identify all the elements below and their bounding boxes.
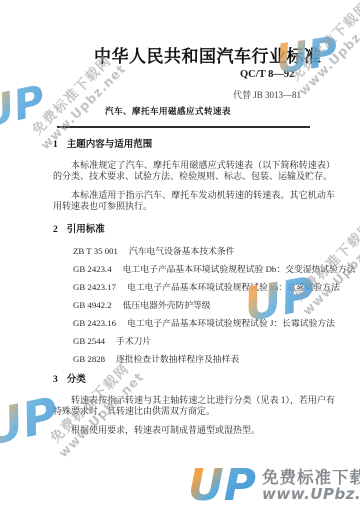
footer-site-url: www.UPbz.net — [262, 487, 360, 503]
reference-code: GB 2423.16 — [73, 318, 116, 328]
section-heading-scope: 1主题内容与适用范围 — [53, 140, 335, 152]
reference-code: GB 2423.17 — [73, 282, 116, 292]
section-heading-label: 主题内容与适用范围 — [67, 140, 153, 150]
reference-code: GB 2828 — [73, 354, 105, 364]
section-heading-label: 引用标准 — [67, 225, 105, 235]
reference-item: GB 2544手术刀片 — [73, 332, 335, 350]
reference-code: GB 2423.4 — [73, 264, 112, 274]
reference-title: 低压电器外壳防护等级 — [123, 300, 211, 310]
document-page: UP 免费标准下载网 www.Upbz.net UP 免费标准下载网 www.U… — [0, 0, 360, 510]
footer-brand: UP 免费标准下载网 www.UPbz.net — [188, 464, 360, 508]
reference-title: 手术刀片 — [116, 336, 151, 346]
section-number: 3 — [53, 375, 58, 385]
document-subtitle: 汽车、摩托车用磁感应式转速表 — [105, 105, 231, 117]
paragraph: 本标准适用于指示汽车、摩托车发动机转速的转速表。其它机动车用转速表也可参照执行。 — [53, 190, 335, 213]
reference-code: ZB T 35 001 — [73, 246, 118, 256]
reference-code: GB 4942.2 — [73, 300, 112, 310]
section-heading-label: 分类 — [67, 375, 86, 385]
footer-brand-text: 免费标准下载网 www.UPbz.net — [262, 469, 360, 502]
reference-code: GB 2544 — [73, 336, 105, 346]
section-number: 2 — [53, 225, 58, 235]
reference-item: ZB T 35 001汽车电气设备基本技术条件 — [73, 242, 335, 260]
paragraph: 本标准规定了汽车、摩托车用磁感应式转速表（以下简称转速表）的分类、技术要求、试验… — [53, 160, 335, 183]
header-divider — [57, 126, 310, 128]
section-heading-references: 2引用标准 — [53, 225, 335, 237]
reference-title: 汽车电气设备基本技术条件 — [129, 246, 235, 256]
upbz-logo-icon: UP — [188, 464, 256, 508]
